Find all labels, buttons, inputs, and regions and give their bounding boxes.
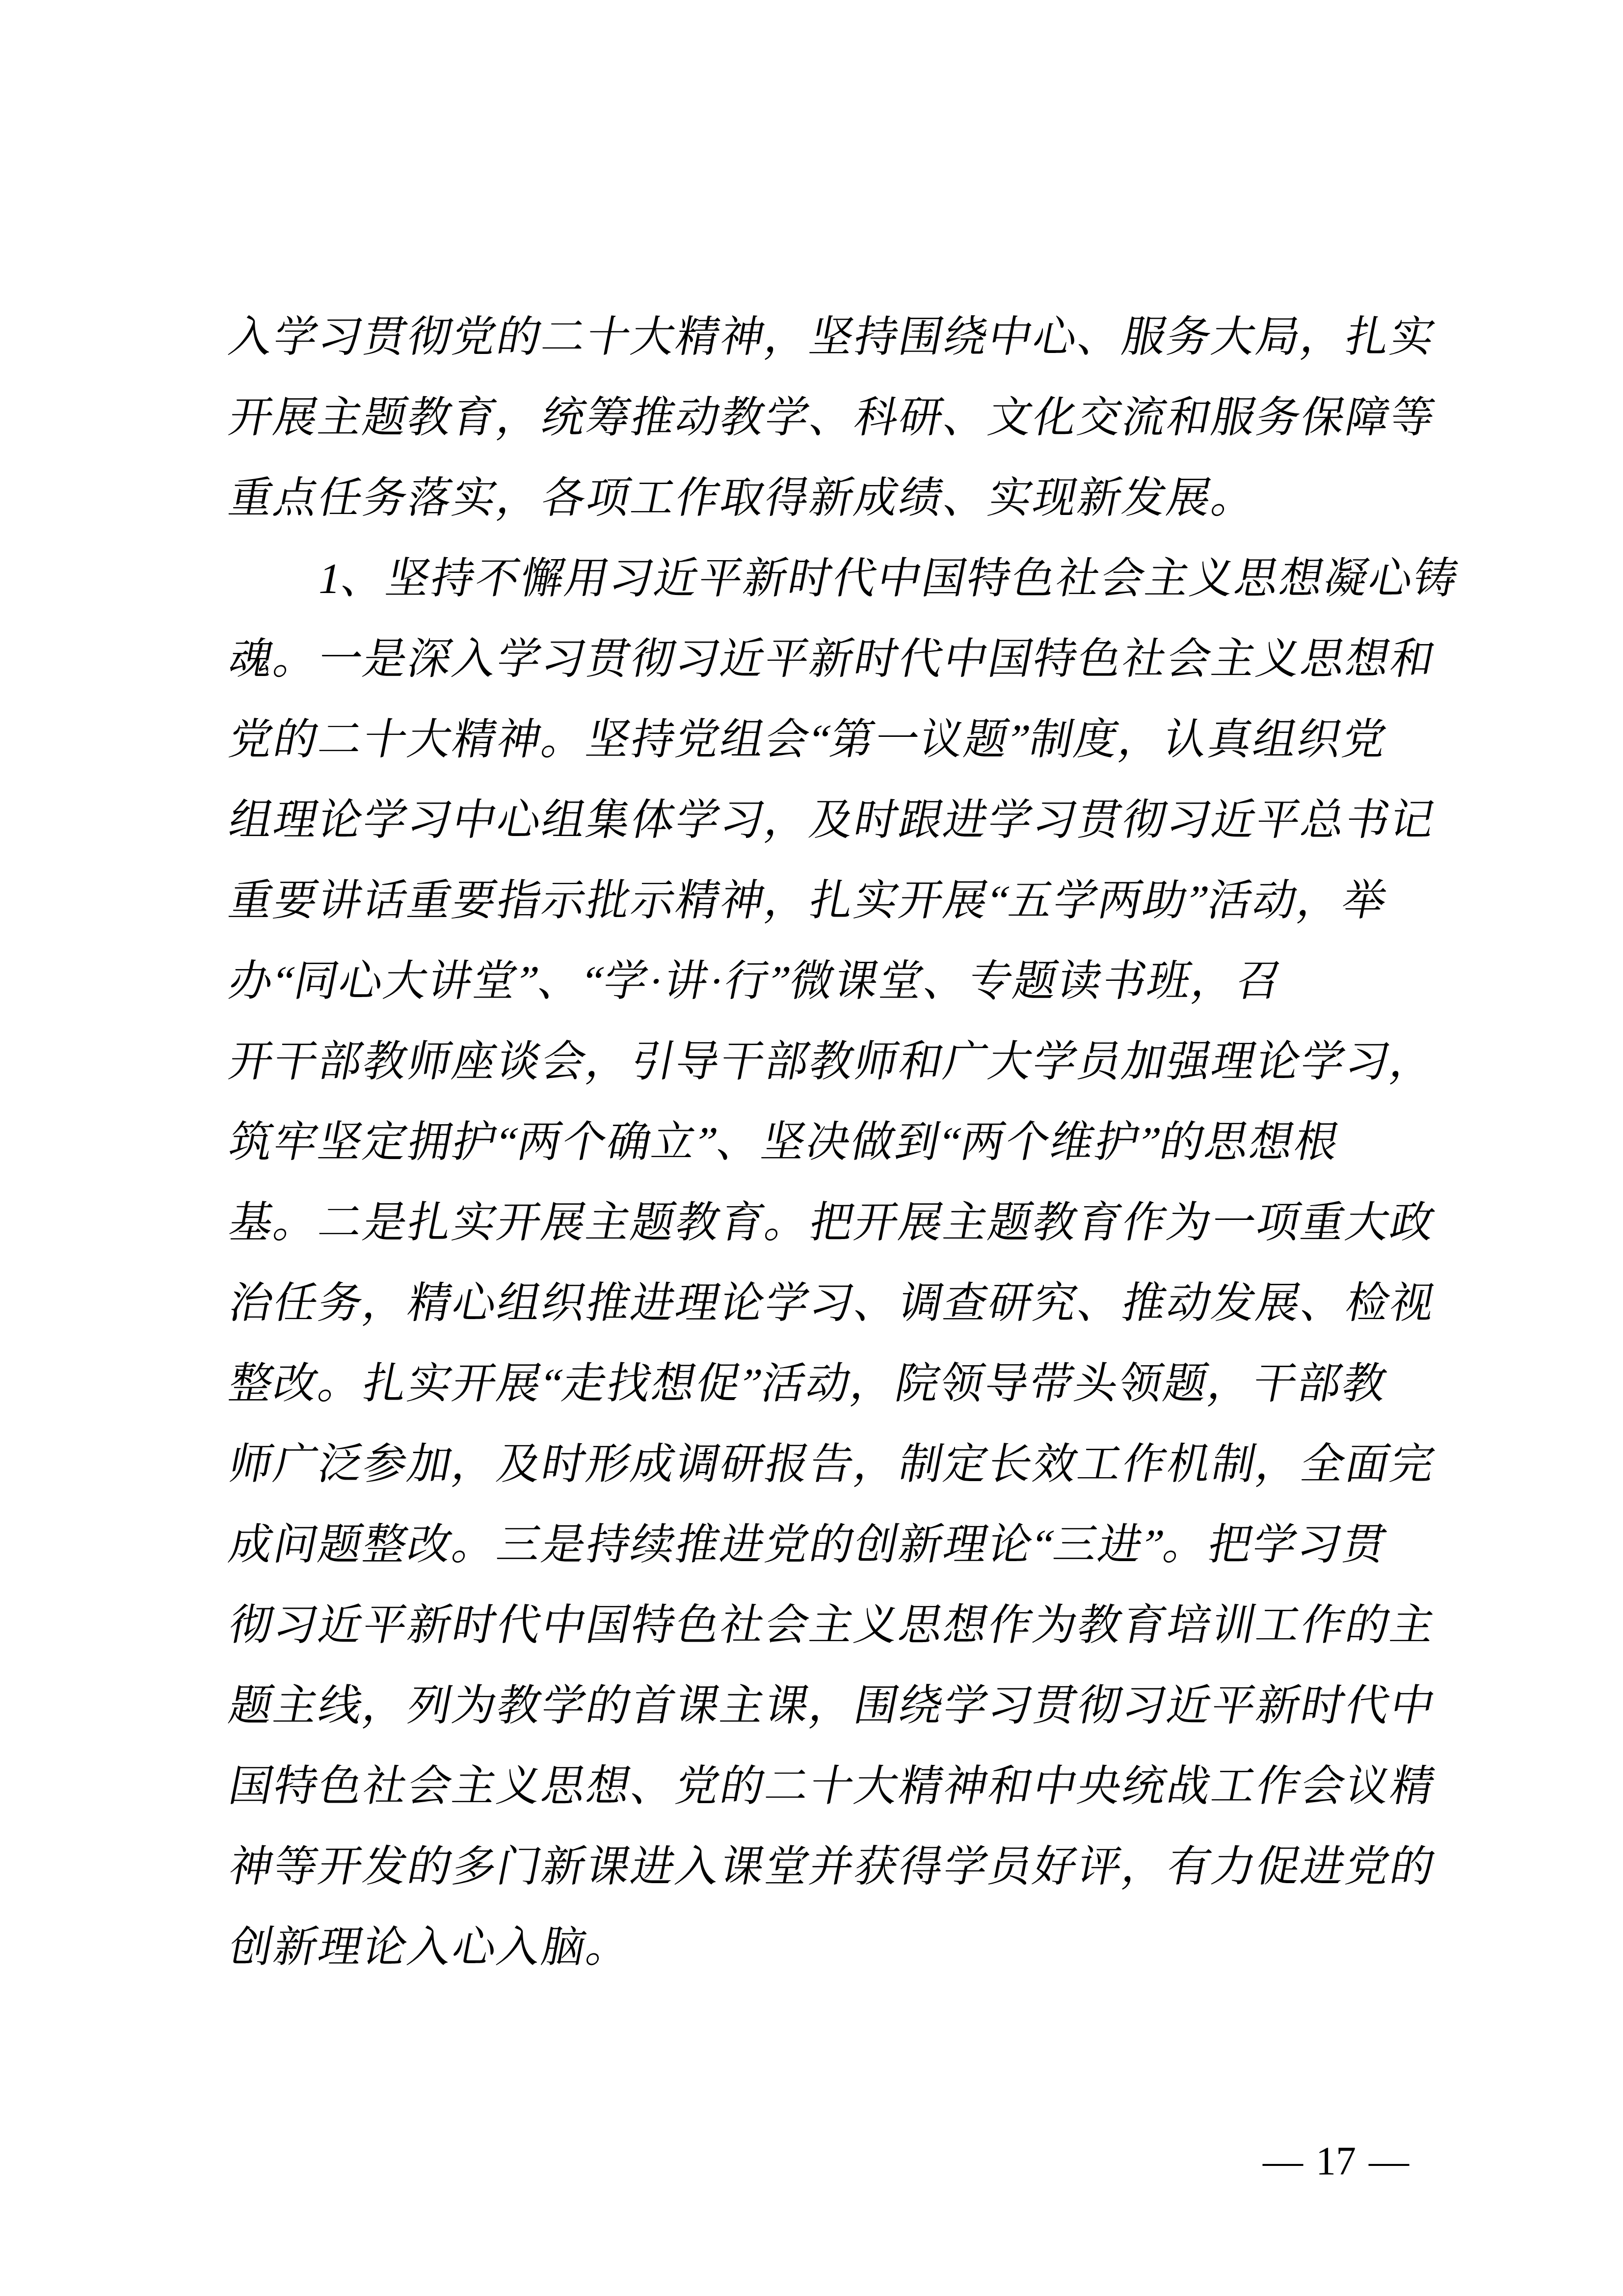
text-line-2: 开展主题教育，统筹推动教学、科研、文化交流和服务保障等 xyxy=(222,378,1444,459)
page-number: 17 xyxy=(1316,2138,1356,2183)
text-line-5: 魂。一是深入学习贯彻习近平新时代中国特色社会主义思想和 xyxy=(222,620,1444,700)
text-line-19: 国特色社会主义思想、党的二十大精神和中央统战工作会议精 xyxy=(222,1747,1444,1827)
text-line-4: 1、坚持不懈用习近平新时代中国特色社会主义思想凝心铸 xyxy=(222,539,1444,620)
text-line-16: 成问题整改。三是持续推进党的创新理论“三进”。把学习贯 xyxy=(222,1505,1444,1586)
text-line-8: 重要讲话重要指示批示精神，扎实开展“五学两助”活动，举 xyxy=(222,861,1444,942)
page-footer: —17— xyxy=(1250,2136,1422,2186)
text-line-11: 筑牢坚定拥护“两个确立”、坚决做到“两个维护”的思想根 xyxy=(222,1103,1444,1183)
document-body: 入学习贯彻党的二十大精神，坚持围绕中心、服务大局，扎实开展主题教育，统筹推动教学… xyxy=(222,297,1428,1988)
text-line-17: 彻习近平新时代中国特色社会主义思想作为教育培训工作的主 xyxy=(222,1586,1444,1666)
text-line-7: 组理论学习中心组集体学习，及时跟进学习贯彻习近平总书记 xyxy=(222,781,1444,861)
footer-left-dash: — xyxy=(1250,2136,1316,2186)
footer-right-dash: — xyxy=(1356,2136,1422,2186)
text-line-9: 办“同心大讲堂”、“学·讲·行”微课堂、专题读书班，召 xyxy=(222,942,1444,1022)
document-page: 入学习贯彻党的二十大精神，坚持围绕中心、服务大局，扎实开展主题教育，统筹推动教学… xyxy=(0,0,1623,2296)
text-line-15: 师广泛参加，及时形成调研报告，制定长效工作机制，全面完 xyxy=(222,1425,1444,1505)
text-line-14: 整改。扎实开展“走找想促”活动，院领导带头领题，干部教 xyxy=(222,1344,1444,1425)
text-line-13: 治任务，精心组织推进理论学习、调查研究、推动发展、检视 xyxy=(222,1264,1444,1344)
text-line-20: 神等开发的多门新课进入课堂并获得学员好评，有力促进党的 xyxy=(222,1827,1444,1908)
text-line-1: 入学习贯彻党的二十大精神，坚持围绕中心、服务大局，扎实 xyxy=(222,297,1444,378)
text-line-21: 创新理论入心入脑。 xyxy=(222,1908,1444,1988)
text-line-3: 重点任务落实，各项工作取得新成绩、实现新发展。 xyxy=(222,459,1444,539)
text-line-10: 开干部教师座谈会，引导干部教师和广大学员加强理论学习， xyxy=(222,1022,1444,1103)
text-line-12: 基。二是扎实开展主题教育。把开展主题教育作为一项重大政 xyxy=(222,1183,1444,1264)
text-line-18: 题主线，列为教学的首课主课，围绕学习贯彻习近平新时代中 xyxy=(222,1666,1444,1747)
text-line-6: 党的二十大精神。坚持党组会“第一议题”制度，认真组织党 xyxy=(222,700,1444,781)
